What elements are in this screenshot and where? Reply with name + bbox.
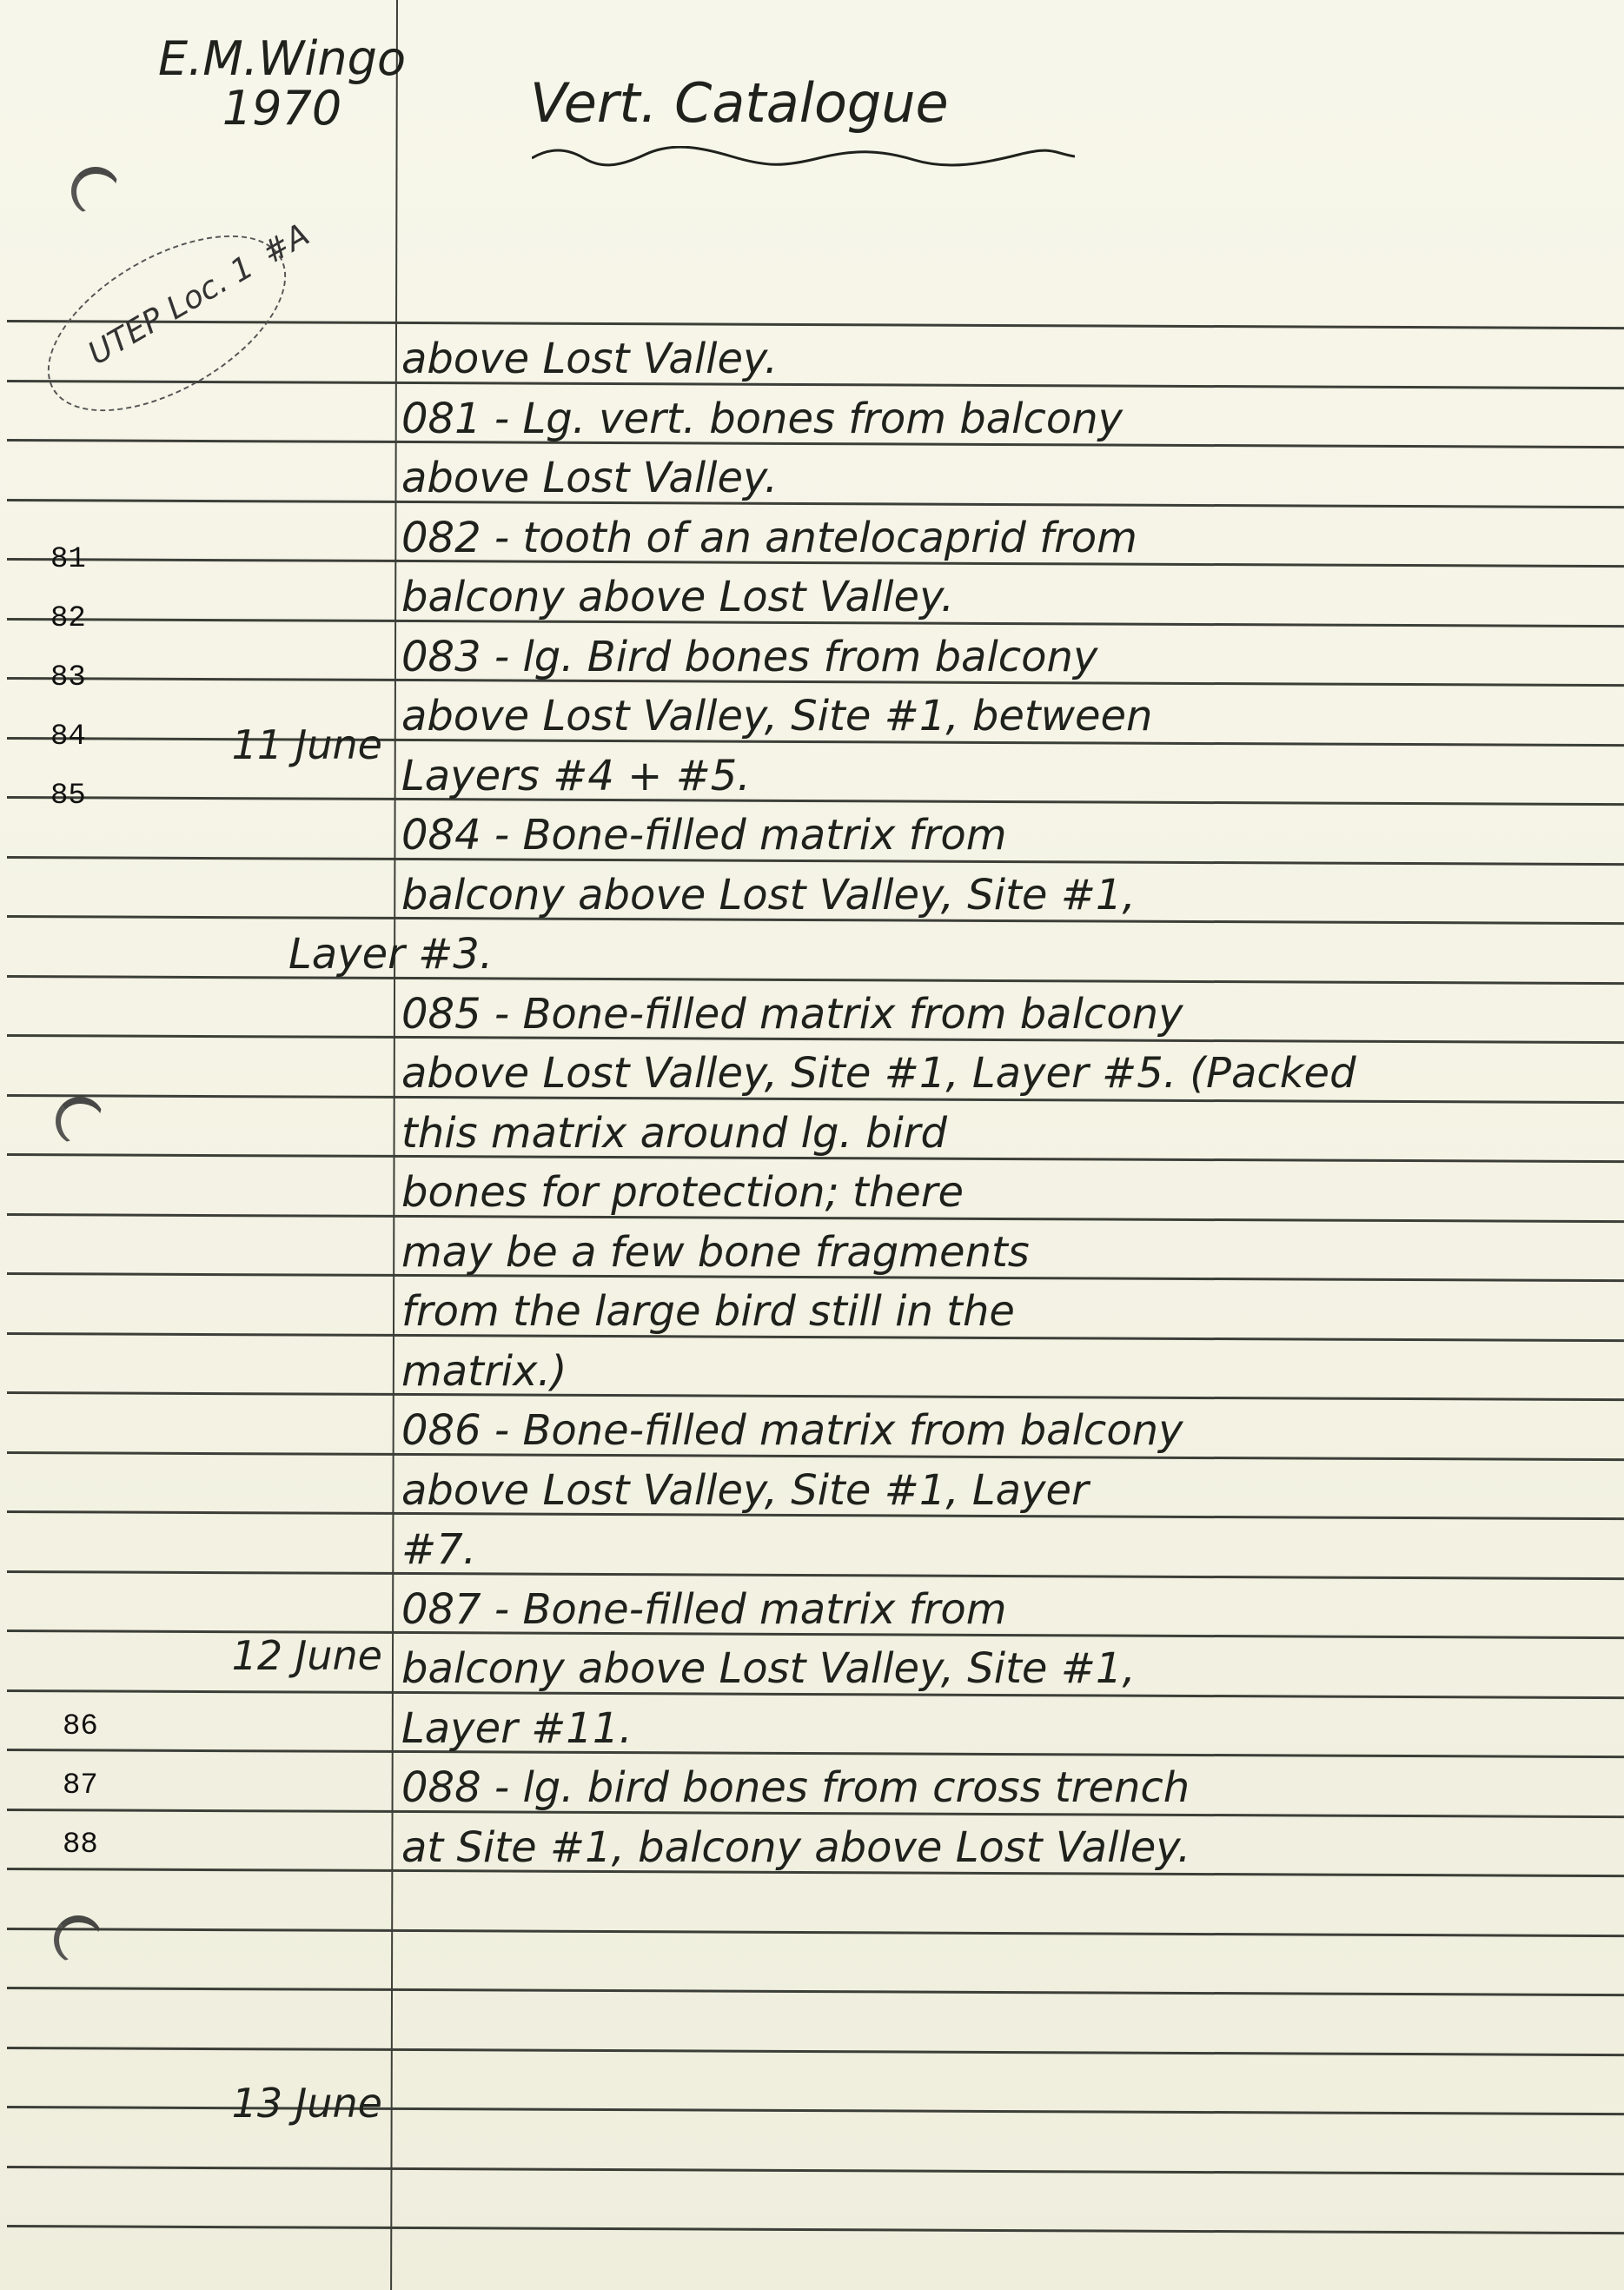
index-number: 86 [63, 1710, 98, 1743]
entry-085-line: from the large bird still in the [401, 1287, 1015, 1336]
index-number: 88 [63, 1829, 98, 1862]
entry-085-line: 085 - Bone-filled matrix from balcony [401, 990, 1183, 1039]
index-number: 85 [50, 780, 86, 813]
entry-086-line: #7. [401, 1525, 476, 1574]
ruled-line [7, 975, 1624, 985]
date-11-june: 11 June [156, 721, 382, 768]
index-number: 81 [50, 543, 86, 576]
index-number: 84 [50, 720, 86, 753]
ruled-line [7, 1570, 1624, 1580]
ruled-line [7, 499, 1624, 508]
index-number: 82 [50, 602, 86, 635]
ruled-line [7, 1987, 1624, 1996]
author-block: E.M.Wingo 1970 [158, 35, 406, 133]
ruled-line [7, 1928, 1624, 1937]
entry-082-line: 082 - tooth of an antelocaprid from [401, 514, 1137, 562]
entry-087-line: balcony above Lost Valley, Site #1, [401, 1644, 1136, 1693]
title-underline [532, 146, 1075, 167]
index-number: 83 [50, 661, 86, 694]
entry-085-line: bones for protection; there [401, 1168, 964, 1217]
entry-083-line: above Lost Valley, Site #1, between [401, 692, 1152, 740]
date-12-june: 12 June [156, 1632, 382, 1679]
notebook-page: E.M.Wingo 1970 Vert. Catalogue UTEP Loc.… [0, 0, 1624, 2290]
index-number: 87 [63, 1769, 98, 1802]
author-name: E.M.Wingo [158, 35, 406, 84]
entry-081-line: above Lost Valley. [401, 454, 778, 502]
binder-hole-bottom [54, 1915, 103, 1964]
entry-087-line: Layer #11. [401, 1704, 633, 1753]
entry-086-line: above Lost Valley, Site #1, Layer [401, 1466, 1089, 1515]
ruled-line [7, 796, 1624, 806]
entry-088-line: at Site #1, balcony above Lost Valley. [401, 1823, 1190, 1872]
entry-085-line: this matrix around lg. bird [401, 1109, 947, 1158]
entry-085-line: matrix.) [401, 1347, 567, 1396]
ruled-line [7, 1391, 1624, 1401]
ruled-line [7, 380, 1624, 389]
entry-081-line: 081 - Lg. vert. bones from balcony [401, 395, 1123, 443]
entry-082-line: balcony above Lost Valley. [401, 573, 954, 621]
entry-084-line: 084 - Bone-filled matrix from [401, 811, 1006, 860]
entry-083-line: Layers #4 + #5. [401, 752, 751, 800]
ruled-line [7, 1749, 1624, 1758]
ruled-line [7, 2166, 1624, 2175]
page-title: Vert. Catalogue [530, 71, 949, 135]
entry-084-line: balcony above Lost Valley, Site #1, [401, 871, 1136, 919]
entry-085-line: above Lost Valley, Site #1, Layer #5. (P… [401, 1049, 1356, 1098]
entry-088-line: 088 - lg. bird bones from cross trench [401, 1763, 1190, 1812]
margin-line [390, 0, 398, 2290]
ruled-line [7, 2225, 1624, 2234]
binder-hole-middle [56, 1097, 104, 1145]
entry-085-line: may be a few bone fragments [401, 1228, 1030, 1277]
entry-080-line: above Lost Valley. [401, 335, 778, 383]
entry-086-line: 086 - Bone-filled matrix from balcony [401, 1406, 1183, 1455]
entry-083-line: 083 - lg. Bird bones from balcony [401, 633, 1097, 681]
date-13-june: 13 June [156, 2080, 382, 2127]
entry-087-line: 087 - Bone-filled matrix from [401, 1585, 1006, 1634]
entry-084-line: Layer #3. [288, 930, 493, 979]
binder-hole-top [71, 167, 120, 216]
ruled-line [7, 2047, 1624, 2056]
author-year: 1970 [158, 84, 406, 134]
